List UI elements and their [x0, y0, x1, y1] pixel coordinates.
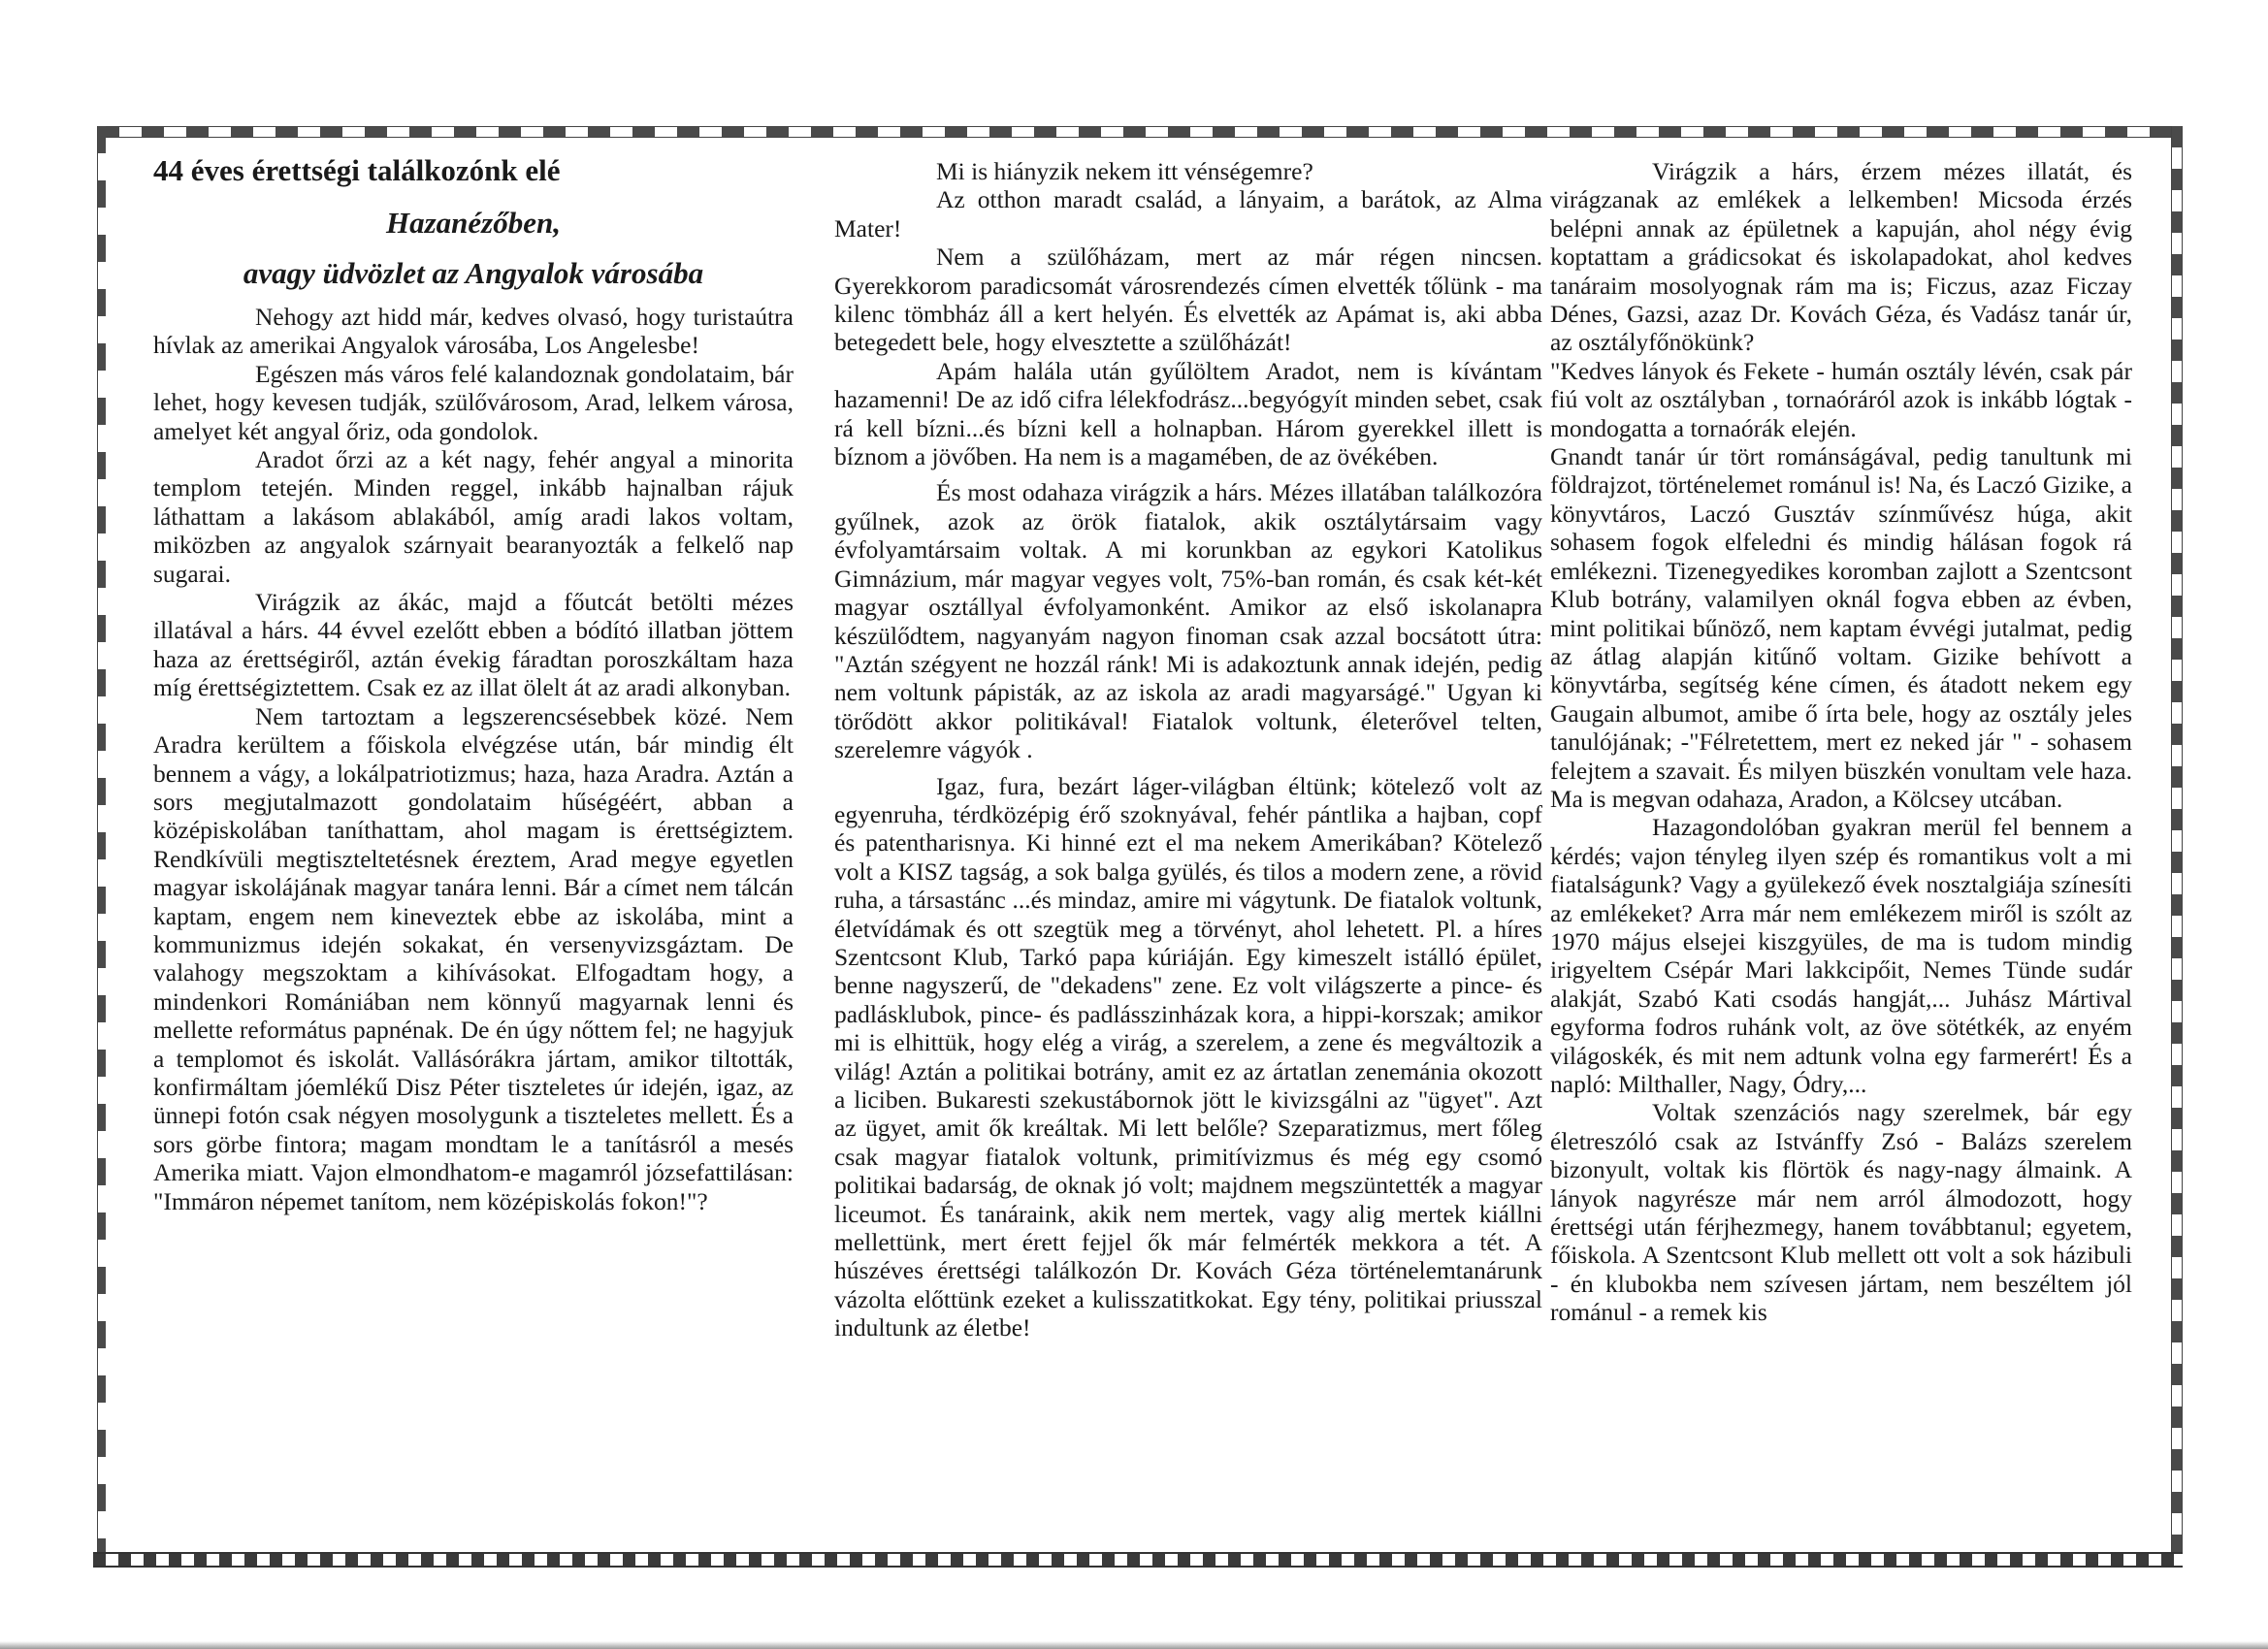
article-headline: 44 éves érettségi találkozónk elé: [153, 147, 794, 194]
paragraph: Nem a szülőházam, mert az már régen ninc…: [834, 242, 1542, 357]
paragraph: Virágzik a hárs, érzem mézes illatát, és…: [1550, 157, 2132, 357]
article-title: Hazanézőben,: [153, 200, 794, 246]
paragraph: És most odahaza virágzik a hárs. Mézes i…: [834, 478, 1542, 763]
scan-edge: [0, 1641, 2268, 1649]
checkered-border-left: [97, 126, 106, 1554]
column-3: Virágzik a hárs, érzem mézes illatát, és…: [1550, 157, 2132, 1327]
paragraph: Virágzik az ákác, majd a főutcát betölti…: [153, 588, 794, 702]
paragraph: Aradot őrzi az a két nagy, fehér angyal …: [153, 445, 794, 588]
paragraph: Egészen más város felé kalandoznak gondo…: [153, 360, 794, 445]
paragraph: "Kedves lányok és Fekete - humán osztály…: [1550, 357, 2132, 442]
paragraph: Voltak szenzációs nagy szerelmek, bár eg…: [1550, 1098, 2132, 1326]
paragraph: Nehogy azt hidd már, kedves olvasó, hogy…: [153, 303, 794, 360]
column-2: Mi is hiányzik nekem itt vénségemre? Az …: [834, 157, 1542, 1342]
checkered-border-bottom: [93, 1552, 2183, 1568]
paragraph: Nem tartoztam a legszerencsésebbek közé.…: [153, 702, 794, 1215]
paragraph: Gnandt tanár úr tört románságával, pedig…: [1550, 442, 2132, 813]
paragraph: Mi is hiányzik nekem itt vénségemre?: [834, 157, 1542, 185]
column-1: 44 éves érettségi találkozónk elé Hazané…: [153, 147, 794, 1215]
article-frame: 44 éves érettségi találkozónk elé Hazané…: [97, 126, 2183, 1554]
paragraph: Igaz, fura, bezárt láger-világban éltünk…: [834, 772, 1542, 1342]
checkered-border-top: [97, 126, 2183, 138]
paragraph: Apám halála után gyűlöltem Aradot, nem i…: [834, 357, 1542, 471]
paragraph: Az otthon maradt család, a lányaim, a ba…: [834, 185, 1542, 242]
paragraph: Hazagondolóban gyakran merül fel bennem …: [1550, 813, 2132, 1098]
checkered-border-right: [2171, 126, 2183, 1568]
article-subtitle: avagy üdvözlet az Angyalok városába: [153, 250, 794, 297]
